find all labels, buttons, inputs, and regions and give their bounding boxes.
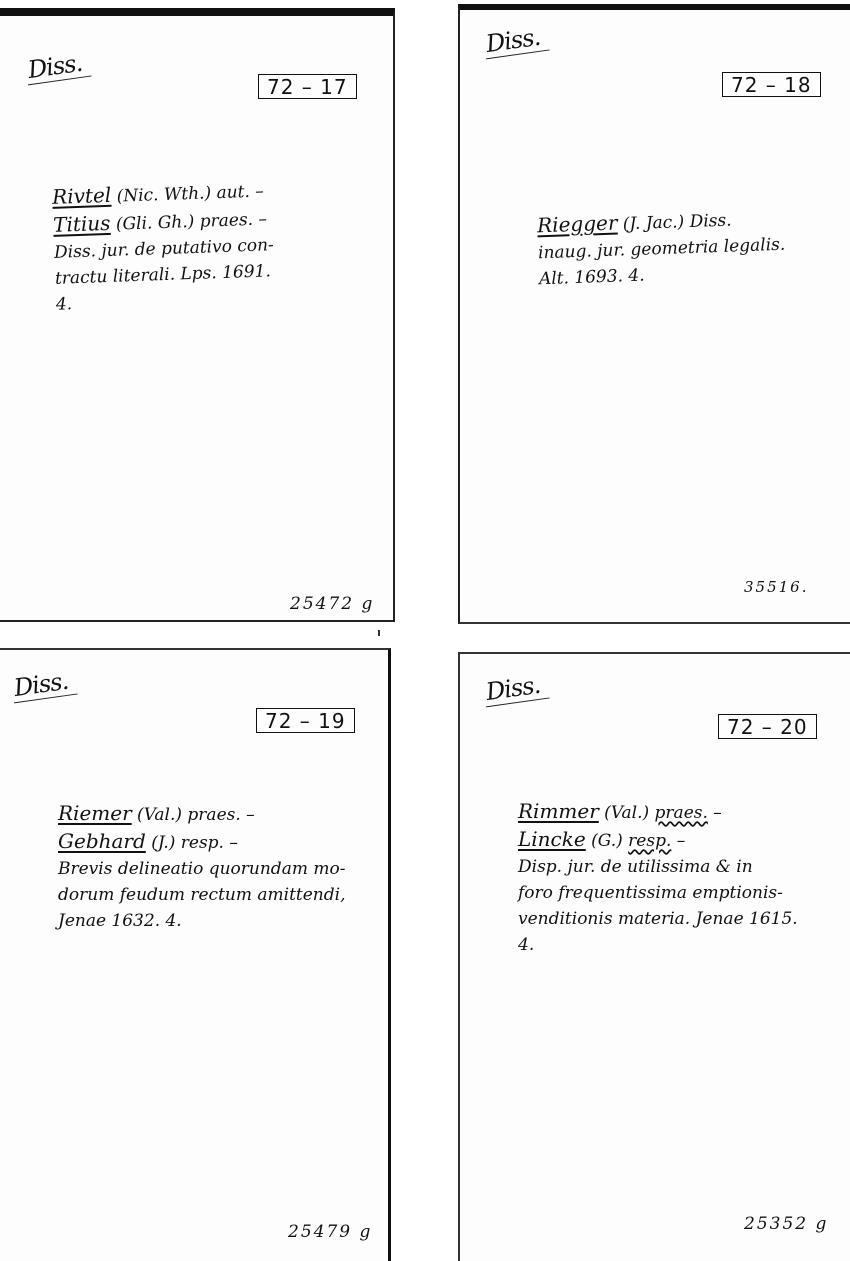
- praeses-detail: (Val.): [599, 803, 655, 823]
- diss-mark: Diss.: [24, 50, 91, 86]
- entry-line-praeses: Riemer (Val.) praes. –: [58, 800, 345, 828]
- entry-line-respondent: Gebhard (J.) resp. –: [58, 828, 345, 856]
- entry-line-imprint: venditionis materia. Jenae 1615.: [518, 906, 798, 932]
- entry-line-title: Disp. jur. de utilissima & in: [518, 854, 798, 880]
- entry-line-respondent: Lincke (G.) resp. –: [518, 826, 798, 854]
- call-number: 72 – 18: [722, 72, 821, 97]
- praeses-detail: (Val.) praes. –: [132, 805, 255, 825]
- catalog-card-72-17: Diss. 72 – 17 Rivtel (Nic. Wth.) aut. – …: [0, 8, 395, 622]
- respondent-detail: (G.): [586, 831, 628, 851]
- call-number: 72 – 19: [256, 708, 355, 733]
- entry-line-praeses: Rimmer (Val.) praes. –: [518, 798, 798, 826]
- praeses-detail: (Gli. Gh.) praes. –: [110, 209, 267, 234]
- respondent-name: Lincke: [518, 827, 586, 851]
- dash: –: [671, 831, 685, 851]
- role-praeses: praes.: [655, 803, 708, 823]
- call-number: 72 – 17: [258, 74, 357, 99]
- author-name: Rivtel: [52, 183, 112, 209]
- diss-mark: Diss.: [482, 24, 549, 60]
- accession-number: 25479 g: [288, 1222, 372, 1242]
- author-name: Riegger: [537, 211, 618, 238]
- entry-line-title: foro frequentissima emptionis-: [518, 880, 798, 906]
- bibliographic-entry: Riemer (Val.) praes. – Gebhard (J.) resp…: [58, 800, 345, 934]
- author-detail: (Nic. Wth.) aut. –: [111, 181, 264, 206]
- accession-number: 25472 g: [290, 594, 374, 614]
- author-detail: (J. Jac.) Diss.: [617, 211, 732, 235]
- respondent-name: Gebhard: [58, 829, 146, 853]
- entry-line-format: 4.: [518, 932, 798, 958]
- accession-number: 35516.: [744, 578, 809, 596]
- catalog-card-72-20: Diss. 72 – 20 Rimmer (Val.) praes. – Lin…: [458, 652, 850, 1261]
- diss-mark: Diss.: [482, 672, 549, 708]
- praeses-name: Rimmer: [518, 799, 599, 823]
- call-number: 72 – 20: [718, 714, 817, 739]
- bibliographic-entry: Rimmer (Val.) praes. – Lincke (G.) resp.…: [518, 798, 798, 958]
- respondent-detail: (J.) resp. –: [146, 833, 238, 853]
- entry-line-title: Brevis delineatio quorundam mo-: [58, 856, 345, 882]
- catalog-card-72-19: Diss. 72 – 19 Riemer (Val.) praes. – Geb…: [0, 648, 391, 1261]
- catalog-card-72-18: Diss. 72 – 18 Riegger (J. Jac.) Diss. in…: [458, 4, 850, 624]
- praeses-name: Riemer: [58, 801, 132, 825]
- dash: –: [708, 803, 722, 823]
- diss-mark: Diss.: [10, 668, 77, 704]
- scan-speck: [378, 630, 380, 636]
- accession-number: 25352 g: [744, 1214, 828, 1234]
- entry-line-title: dorum feudum rectum amittendi,: [58, 882, 345, 908]
- entry-line-imprint: Jenae 1632. 4.: [58, 908, 345, 934]
- role-respondent: resp.: [628, 831, 671, 851]
- bibliographic-entry: Riegger (J. Jac.) Diss. inaug. jur. geom…: [537, 204, 787, 293]
- praeses-name: Titius: [53, 211, 111, 237]
- bibliographic-entry: Rivtel (Nic. Wth.) aut. – Titius (Gli. G…: [52, 176, 276, 318]
